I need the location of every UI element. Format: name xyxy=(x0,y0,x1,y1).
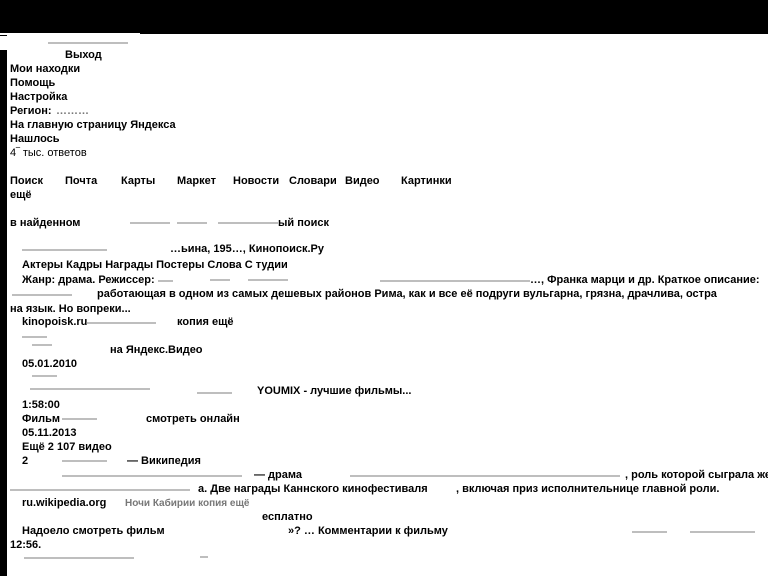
faint-text xyxy=(10,489,190,491)
result-title[interactable]: — Википедия xyxy=(127,455,201,468)
result-url[interactable]: ru.wikipedia.org xyxy=(22,497,106,510)
faint-text xyxy=(130,222,170,224)
faint-text xyxy=(32,375,57,377)
faint-text xyxy=(177,222,207,224)
service-market[interactable]: Маркет xyxy=(177,175,216,188)
result-title[interactable]: есплатно xyxy=(262,511,313,524)
video-source[interactable]: на Яндекс.Видео xyxy=(110,344,203,357)
faint-text xyxy=(22,336,47,338)
service-mail[interactable]: Почта xyxy=(65,175,97,188)
result-snippet: Жанр: драма. Режиссер: xyxy=(22,274,155,287)
faint-text xyxy=(32,344,52,346)
faint-text xyxy=(218,222,278,224)
settings-link[interactable]: Настройка xyxy=(10,91,67,104)
result-snippet: , роль которой сыграла жена xyxy=(625,469,768,482)
advanced-search-link[interactable]: ый поиск xyxy=(278,217,329,230)
service-video[interactable]: Видео xyxy=(345,175,380,188)
result-copy-link[interactable]: копия ещё xyxy=(177,316,233,329)
faint-text xyxy=(158,280,173,282)
faint-text xyxy=(22,249,107,251)
result-snippet: на язык. Но вопреки... xyxy=(10,303,131,316)
service-images[interactable]: Картинки xyxy=(401,175,452,188)
service-dictionaries[interactable]: Словари xyxy=(289,175,337,188)
result-url[interactable]: kinopoisk.ru xyxy=(22,316,87,329)
service-news[interactable]: Новости xyxy=(233,175,279,188)
video-date: 05.01.2010 xyxy=(22,358,77,371)
result-copy-link[interactable]: Ночи Кабирии копия ещё xyxy=(125,497,249,510)
screen-edge xyxy=(0,33,140,35)
region-value[interactable]: ……… xyxy=(56,105,89,118)
result-snippet: , включая приз исполнительнице главной р… xyxy=(456,483,719,496)
faint-text xyxy=(690,531,755,533)
search-in-found-link[interactable]: в найденном xyxy=(10,217,80,230)
faint-text xyxy=(62,475,242,477)
video-duration: 1:58:00 xyxy=(22,399,60,412)
result-title[interactable]: 2 xyxy=(22,455,28,468)
services-more-link[interactable]: ещё xyxy=(10,189,32,202)
faint-text xyxy=(62,418,97,420)
faint-text xyxy=(62,460,107,462)
result-title[interactable]: …ьина, 195…, Кинопоиск.Ру xyxy=(170,243,324,256)
faint-text xyxy=(30,388,150,390)
video-title[interactable]: Фильм xyxy=(22,413,60,426)
result-time: 12:56. xyxy=(10,539,41,552)
more-videos-link[interactable]: Ещё 2 107 видео xyxy=(22,441,112,454)
faint-text xyxy=(12,294,72,296)
result-sitelinks[interactable]: Актеры Кадры Награды Постеры Слова С туд… xyxy=(22,259,288,272)
result-snippet: — драма xyxy=(254,469,302,482)
logout-link[interactable]: Выход xyxy=(65,49,102,62)
result-snippet: »? … Комментарии к фильму xyxy=(288,525,448,538)
faint-text xyxy=(86,322,156,324)
result-snippet: …, Франка марци и др. Краткое описание: xyxy=(530,274,760,287)
help-link[interactable]: Помощь xyxy=(10,77,55,90)
video-title[interactable]: смотреть онлайн xyxy=(146,413,240,426)
faint-text xyxy=(210,279,230,281)
video-source[interactable]: YOUMIX - лучшие фильмы... xyxy=(257,385,411,398)
username-faint xyxy=(48,42,128,44)
region-label: Регион: xyxy=(10,105,52,118)
faint-text xyxy=(350,475,620,477)
faint-text xyxy=(197,392,232,394)
result-snippet: Надоело смотреть фильм xyxy=(22,525,165,538)
faint-text xyxy=(200,556,208,558)
result-snippet: а. Две награды Каннского кинофестиваля xyxy=(198,483,428,496)
faint-text xyxy=(248,279,288,281)
faint-text xyxy=(380,280,530,282)
found-label: Нашлось xyxy=(10,133,60,146)
faint-text xyxy=(24,557,134,559)
faint-text xyxy=(632,531,667,533)
found-count: 4‾ тыс. ответов xyxy=(10,147,87,160)
service-search[interactable]: Поиск xyxy=(10,175,43,188)
video-date: 05.11.2013 xyxy=(22,427,76,440)
service-maps[interactable]: Карты xyxy=(121,175,155,188)
screen-edge xyxy=(0,36,8,50)
yandex-home-link[interactable]: На главную страницу Яндекса xyxy=(10,119,176,132)
result-snippet: работающая в одном из самых дешевых райо… xyxy=(97,288,717,301)
my-finds-link[interactable]: Мои находки xyxy=(10,63,80,76)
